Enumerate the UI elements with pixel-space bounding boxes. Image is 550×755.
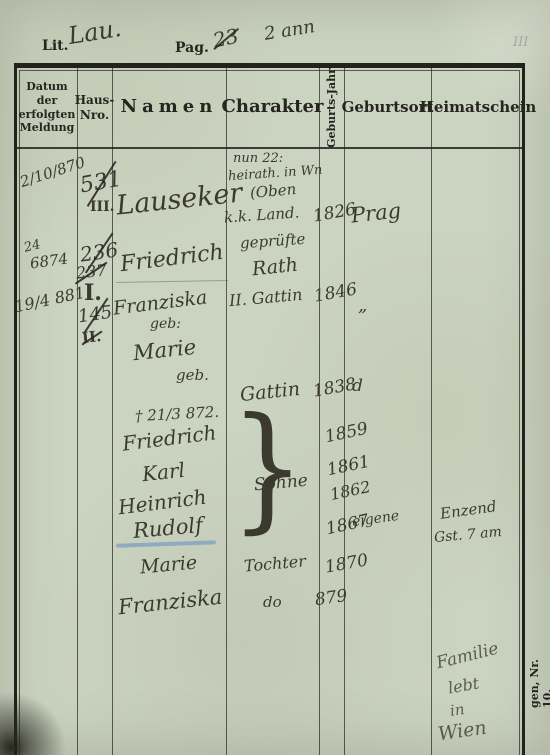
header-haus-nro: Haus- Nro. [78,70,111,145]
column-divider [344,68,345,755]
header-heimatschein: Heimatschein [432,70,524,145]
header-rule [17,147,525,149]
top-annotation: 2 ann [263,18,316,44]
pag-label: Pag. [175,40,209,56]
name-suffix: geb. [176,368,209,383]
birth-year: 879 [314,588,349,609]
charakter-note: (Oben [249,182,296,201]
header-geburtsort: Geburtsort [345,70,430,145]
lit-value-handwritten: Lau. [66,16,122,48]
header-datum: Datum der erfolgten Meldung [18,70,76,145]
lit-label: Lit. [42,38,69,54]
charakter-note: nun 22: [233,152,283,165]
corner-note: in [449,702,465,719]
house-number-struck: 145 [77,304,114,327]
header-namen: Namen [113,70,225,145]
birthplace: Prag [350,200,402,226]
given-name: Marie [139,554,198,578]
header-charakter: Charakter [227,70,318,145]
document-scan: Lit. Lau. Pag. 23 2 ann III Datum der er… [0,0,550,755]
house-roman-numeral: III. [90,200,115,214]
name-suffix: geb: [150,317,181,331]
ditto-mark: „ [358,297,367,315]
house-number-struck: 237 [75,262,107,281]
relation-label: Söhne [253,473,308,495]
margin-mark: III [513,36,528,49]
charakter-note: Rath [251,256,299,280]
column-divider [431,68,432,755]
pag-value-handwritten: 23 [211,26,240,51]
header-geburtsjahr: Geburts-Jahr [322,63,342,153]
charakter-note: geprüfte [240,232,306,252]
house-roman-struck: II. [81,329,102,346]
given-name: Karl [141,460,186,484]
ditto-mark: d [352,378,363,395]
brace: } [230,399,305,535]
edge-imprint: gen, Nr. 10. [528,638,550,708]
ditto-mark: do [263,595,282,610]
